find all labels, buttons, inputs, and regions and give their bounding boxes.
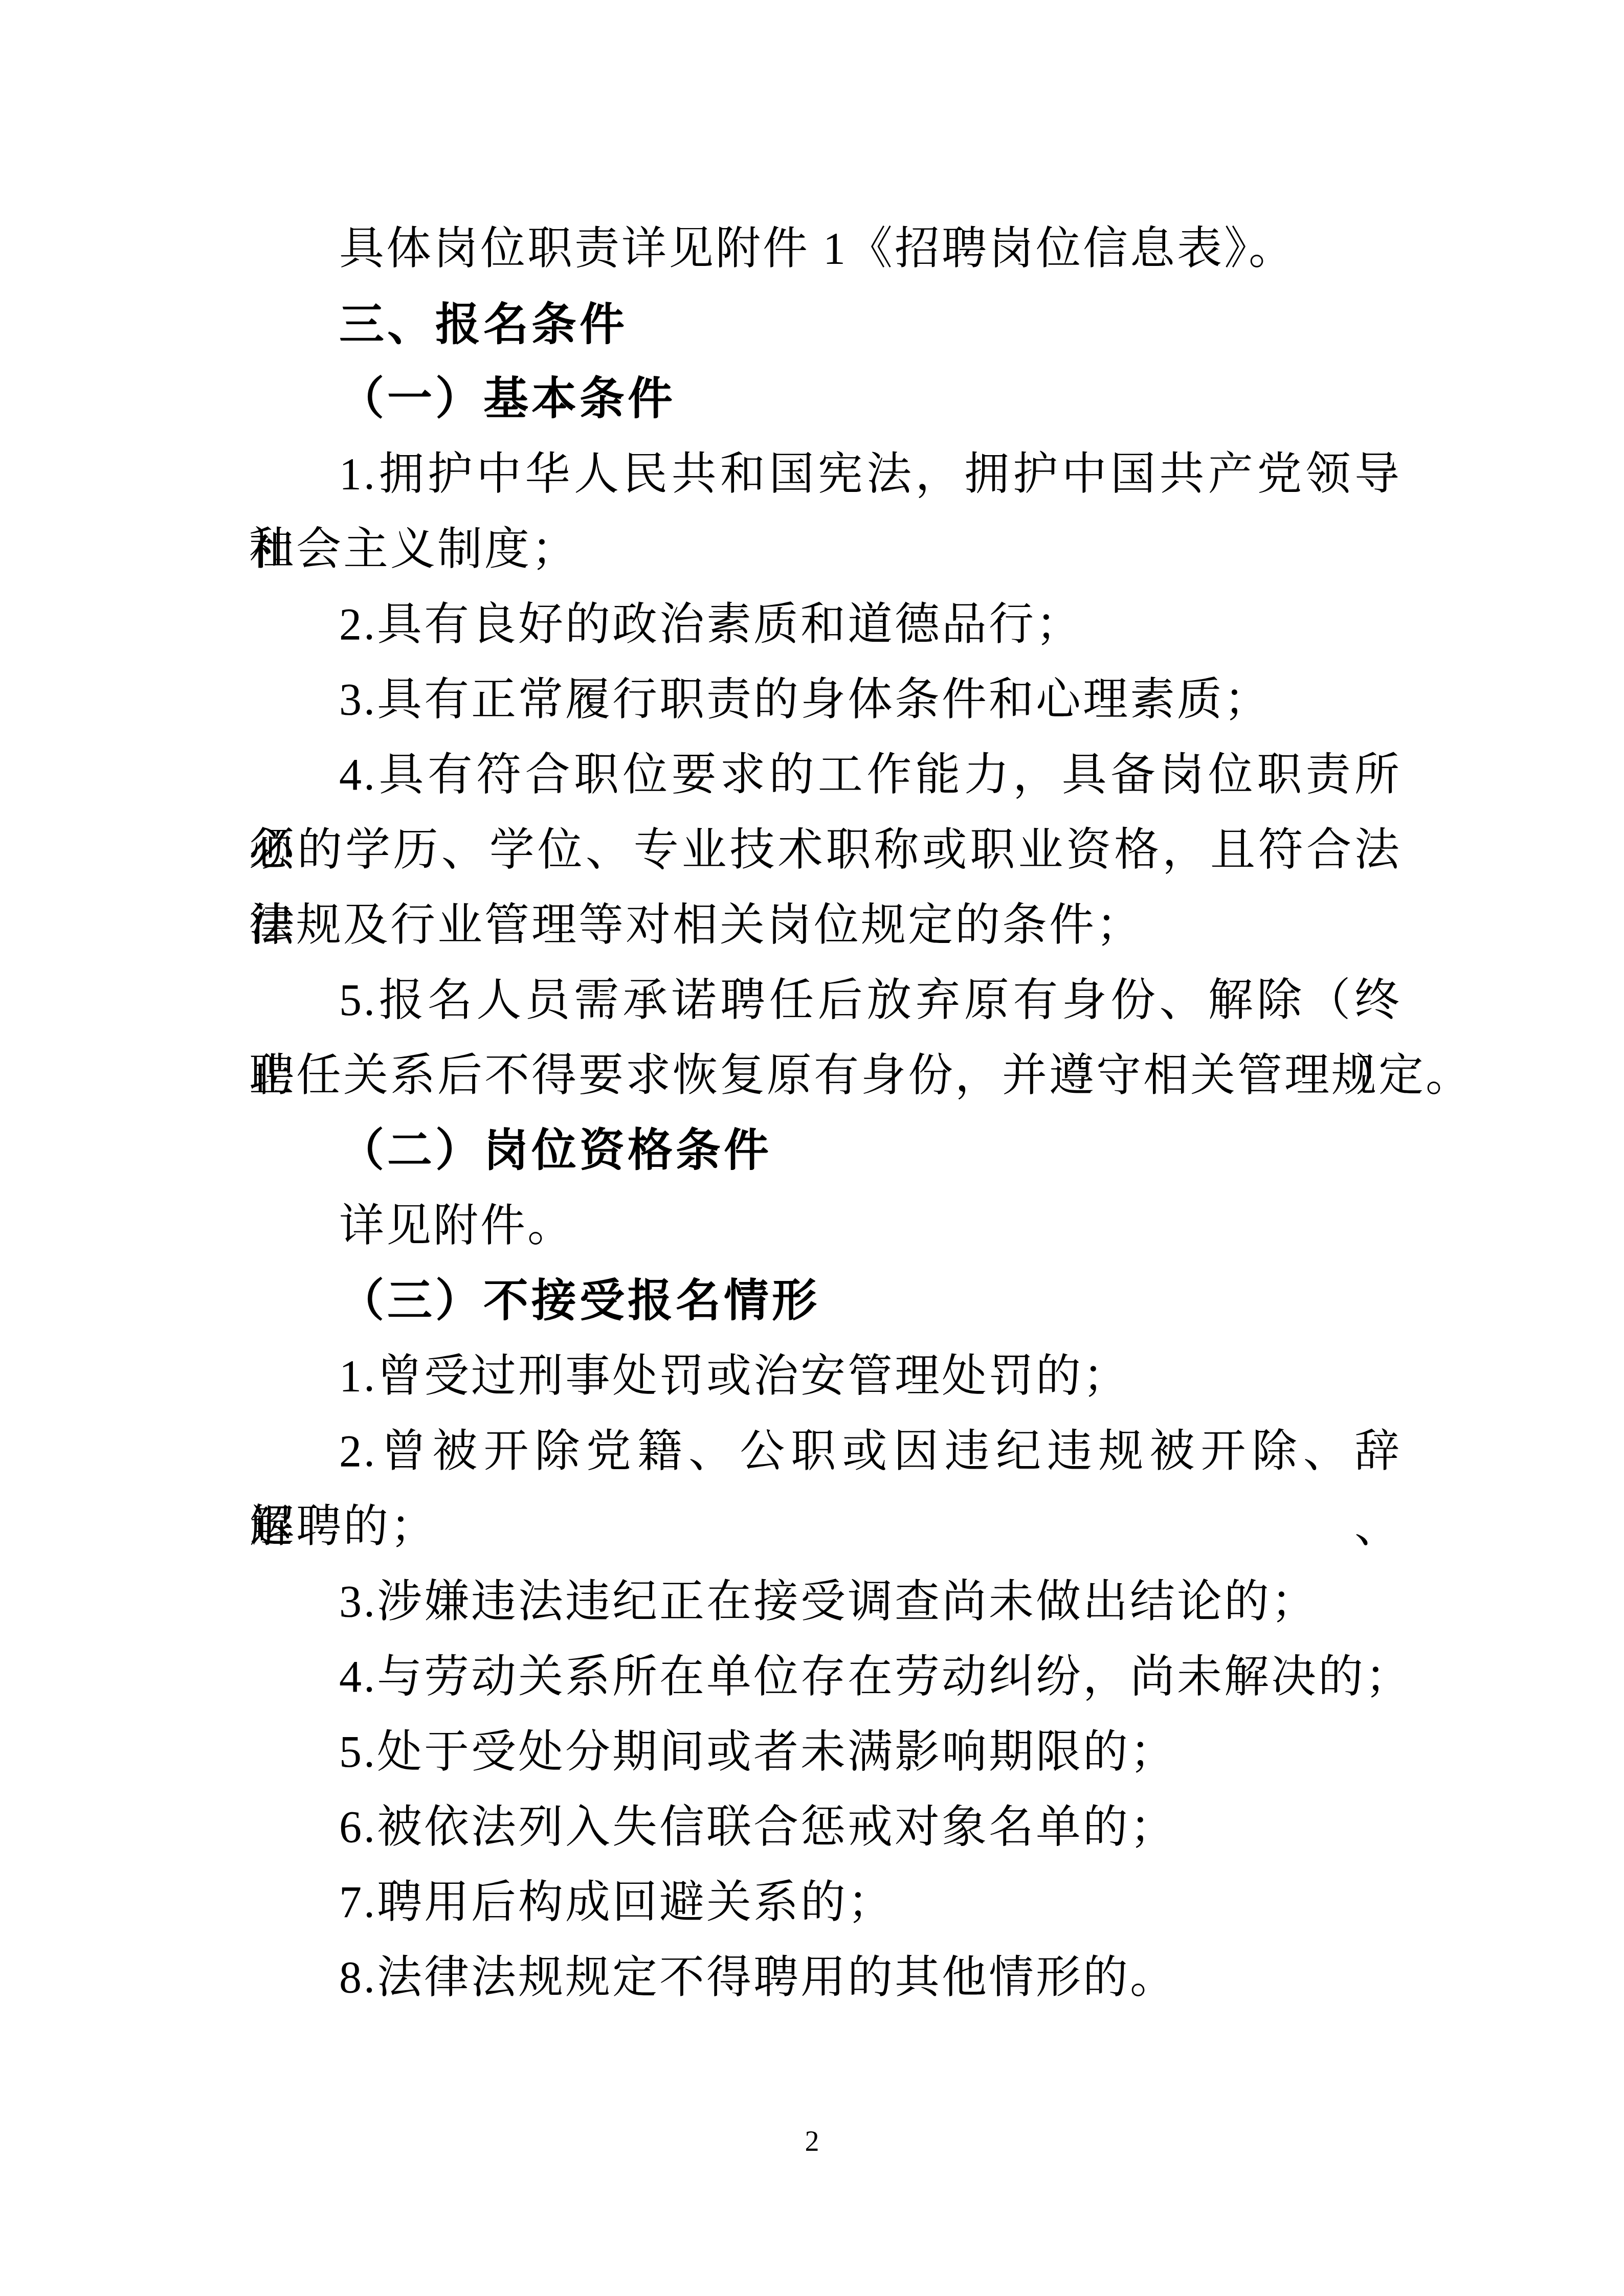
text-line: 8.法律法规规定不得聘用的其他情形的。	[249, 1940, 1401, 2015]
text-line: 2.曾被开除党籍、公职或因违纪违规被开除、辞退、	[249, 1414, 1401, 1489]
text-line: 须的学历、学位、专业技术职称或职业资格，且符合法律	[249, 813, 1401, 888]
sub-heading: （三）不接受报名情形	[249, 1264, 1401, 1339]
text-line: 2.具有良好的政治素质和道德品行；	[249, 587, 1401, 662]
page-number: 2	[0, 2126, 1624, 2157]
text-line: 4.具有符合职位要求的工作能力，具备岗位职责所必	[249, 737, 1401, 813]
text-line: 社会主义制度；	[249, 512, 1401, 587]
sub-heading: （一）基本条件	[249, 362, 1401, 437]
text-line: 5.处于受处分期间或者未满影响期限的；	[249, 1715, 1401, 1790]
text-line: 5.报名人员需承诺聘任后放弃原有身份、解除（终止）	[249, 963, 1401, 1038]
text-line: 3.涉嫌违法违纪正在接受调查尚未做出结论的；	[249, 1564, 1401, 1639]
document-body: 具体岗位职责详见附件 1《招聘岗位信息表》。三、报名条件（一）基本条件1.拥护中…	[249, 211, 1401, 2015]
text-line: 4.与劳动关系所在单位存在劳动纠纷，尚未解决的；	[249, 1639, 1401, 1715]
text-line: 法规及行业管理等对相关岗位规定的条件；	[249, 888, 1401, 963]
text-line: 1.拥护中华人民共和国宪法，拥护中国共产党领导和	[249, 437, 1401, 512]
text-line: 具体岗位职责详见附件 1《招聘岗位信息表》。	[249, 211, 1401, 286]
text-line: 详见附件。	[249, 1188, 1401, 1264]
text-line: 6.被依法列入失信联合惩戒对象名单的；	[249, 1790, 1401, 1865]
sub-heading: （二）岗位资格条件	[249, 1113, 1401, 1188]
text-line: 3.具有正常履行职责的身体条件和心理素质；	[249, 662, 1401, 737]
text-line: 7.聘用后构成回避关系的；	[249, 1865, 1401, 1940]
section-heading: 三、报名条件	[249, 286, 1401, 362]
document-page: 具体岗位职责详见附件 1《招聘岗位信息表》。三、报名条件（一）基本条件1.拥护中…	[0, 0, 1624, 2296]
text-line: 1.曾受过刑事处罚或治安管理处罚的；	[249, 1339, 1401, 1414]
text-line: 聘任关系后不得要求恢复原有身份，并遵守相关管理规定。	[249, 1038, 1401, 1113]
